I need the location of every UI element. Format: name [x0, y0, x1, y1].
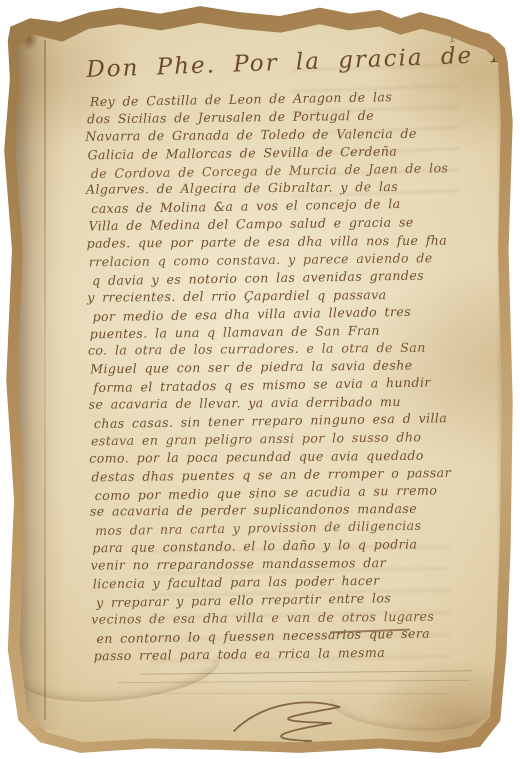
parchment-page: 14 Don Phe. Por la gracia de Dios Rey de… — [0, 0, 520, 759]
manuscript-line: venir no rreparandosse mandassemos dar — [90, 553, 472, 574]
manuscript-line: pades. que por parte de esa dha villa no… — [87, 231, 469, 252]
manuscript-photo: 14 Don Phe. Por la gracia de Dios Rey de… — [0, 0, 520, 759]
binding-fold-shadow — [14, 30, 66, 730]
manuscript-text: Don Phe. Por la gracia de Dios Rey de Ca… — [86, 48, 475, 665]
manuscript-line: Navarra de Granada de Toledo de Valencia… — [85, 124, 467, 145]
underline-stroke — [150, 693, 450, 694]
manuscript-line: como. por la poca pecundad que avia qued… — [89, 446, 471, 467]
fold-crease-line — [44, 40, 46, 720]
manuscript-lines: Rey de Castilla de Leon de Aragon de las… — [87, 88, 476, 665]
